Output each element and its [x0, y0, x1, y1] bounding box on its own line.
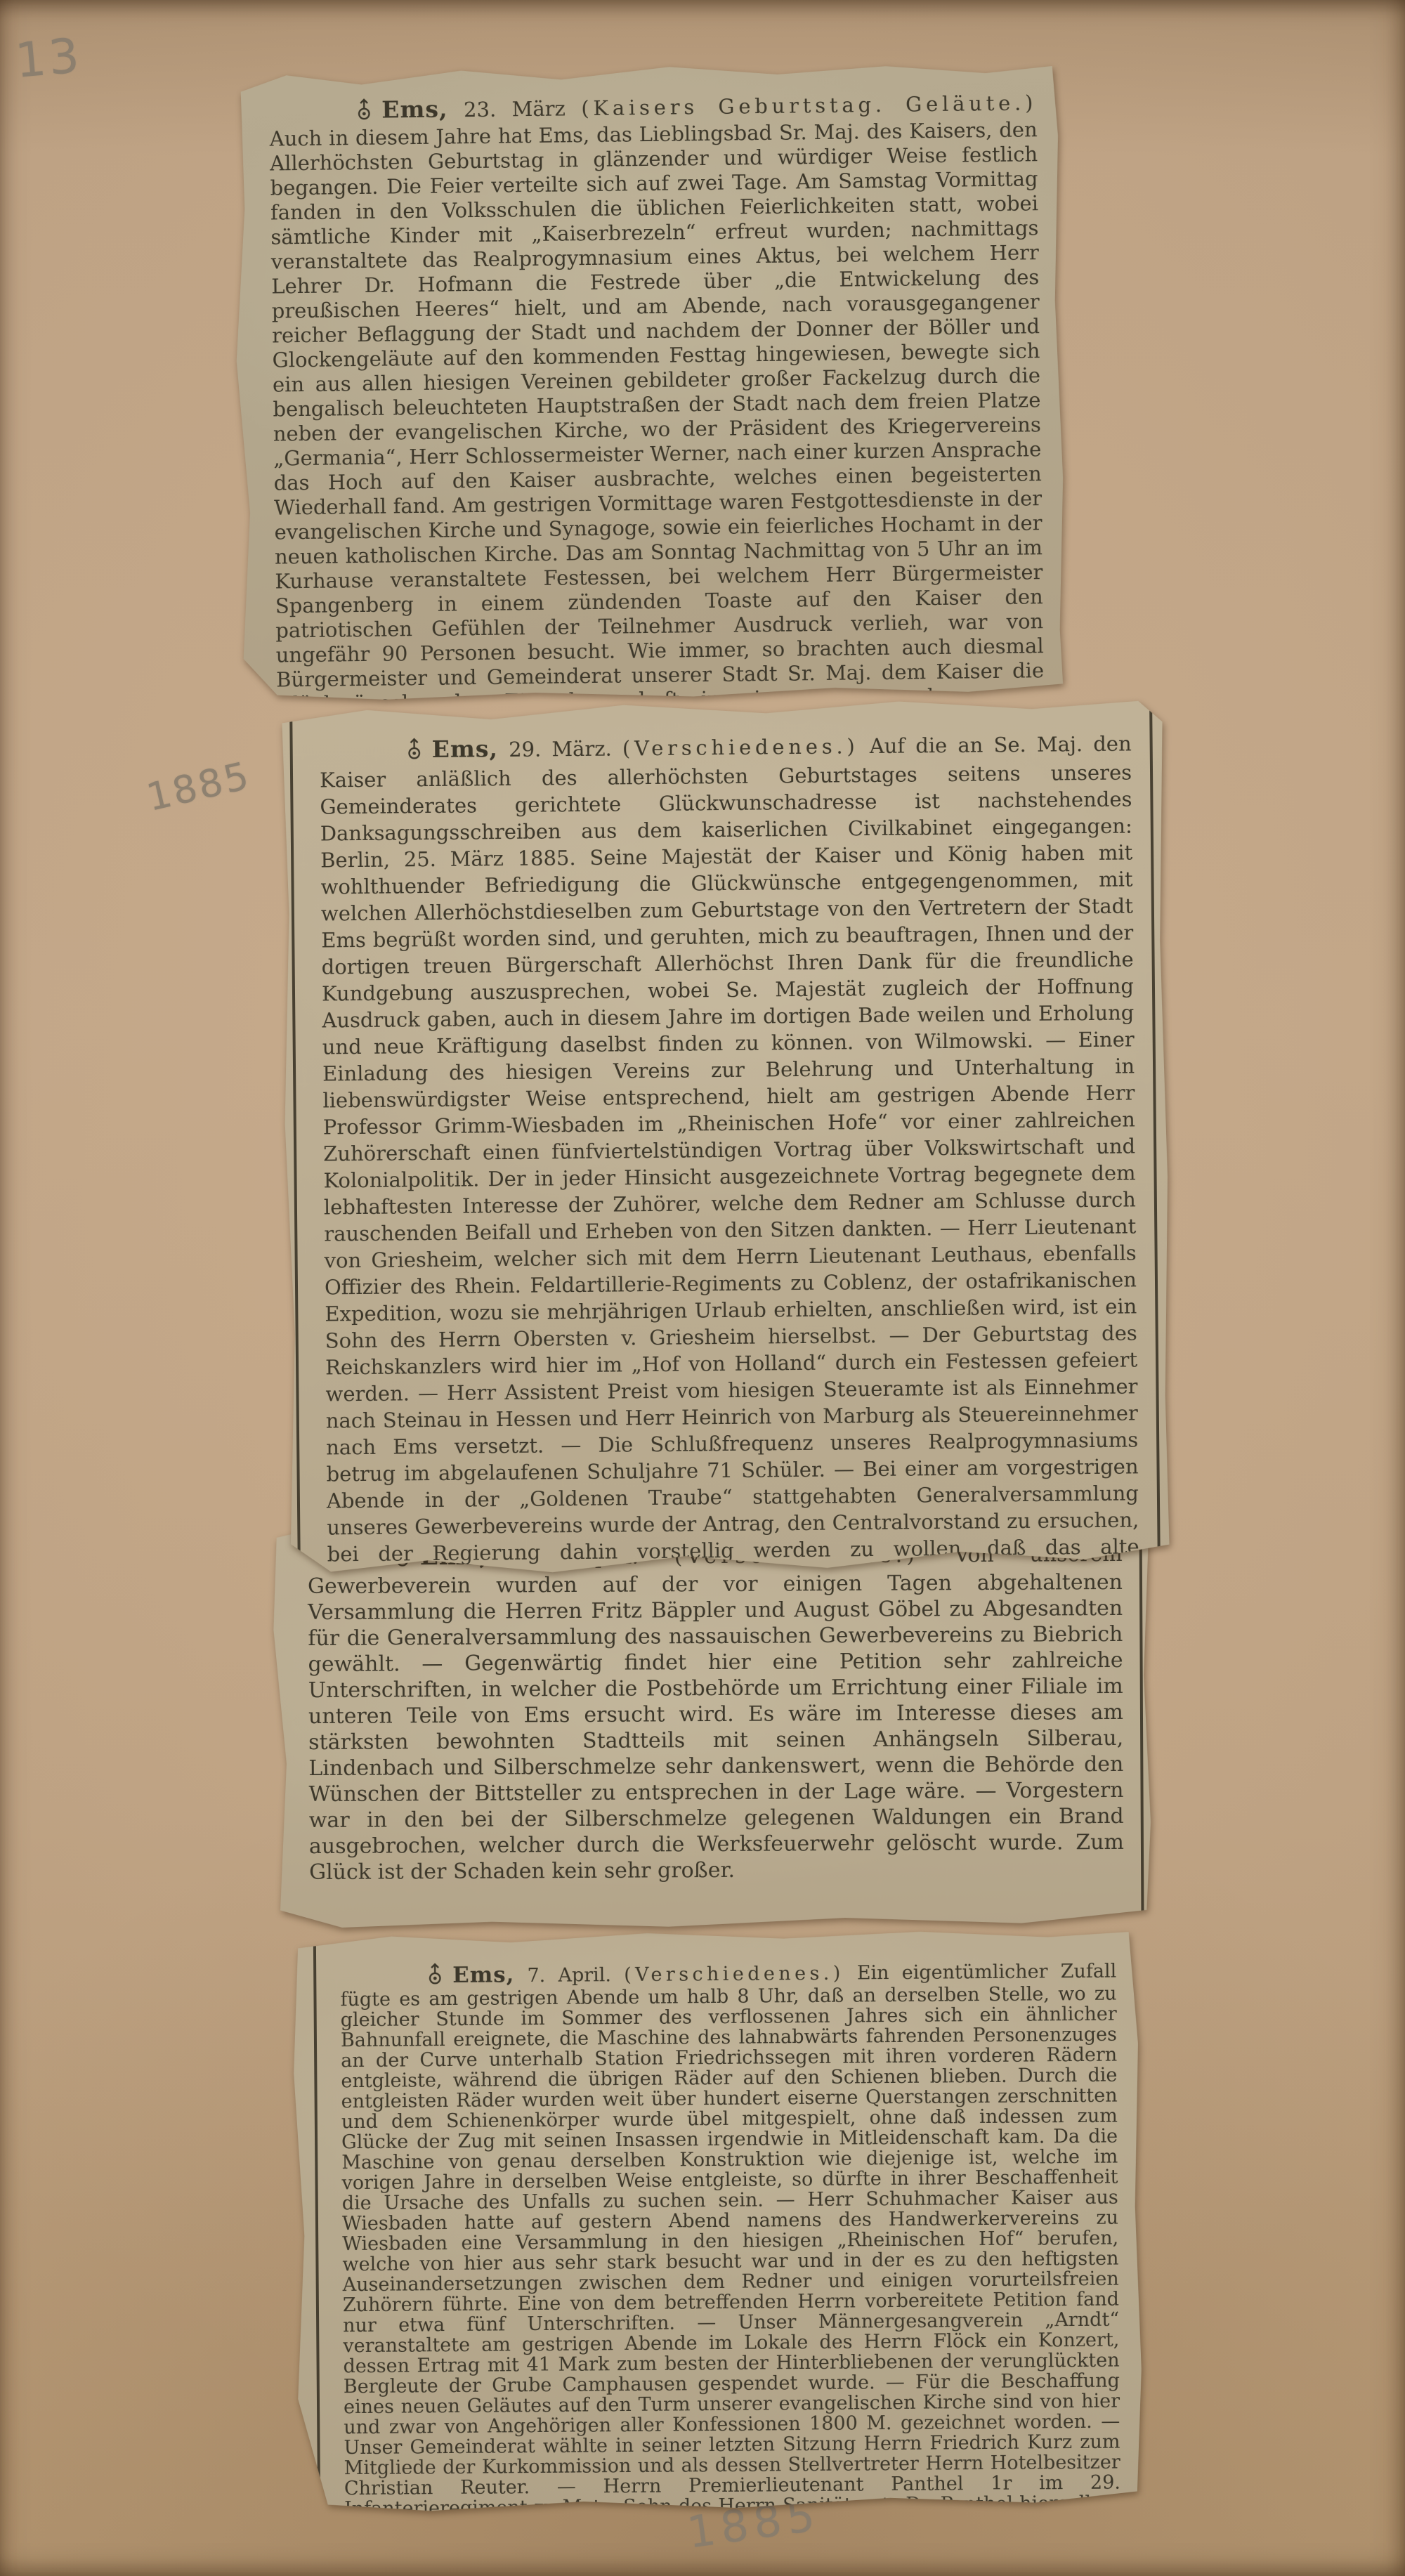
newspaper-clipping-march-23: Ems, 23. März (Kaisers Geburtstag. Geläu… [228, 60, 1069, 703]
article-body-text: Auch in diesem Jahre hat Ems, das Liebli… [270, 117, 1045, 703]
article-date: 29. März. [509, 737, 612, 761]
article-paragraph: Ems, 7. April. (Verschiedenes.) Ein eige… [340, 1957, 1121, 2516]
newspaper-clipping-march-29: Ems, 29. März. (Verschiedenes.) Auf die … [278, 695, 1173, 1579]
article-paragraph: Ems, 1. April. (Verschiedenes.) Von unse… [308, 1541, 1125, 1885]
article-date: 23. März [464, 96, 566, 122]
column-rule-right [1149, 695, 1161, 1571]
article-paragraph: Ems, 29. März. (Verschiedenes.) Auf die … [320, 729, 1141, 1579]
clipping-wrapper-march-29: Ems, 29. März. (Verschiedenes.) Auf die … [278, 695, 1173, 1579]
article-section-title: (Kaisers Geburtstag. Geläute.) [581, 91, 1037, 120]
column-rule-right [1139, 1514, 1144, 1927]
handwritten-year-left: 1885 [143, 753, 255, 820]
article-paragraph: Ems, 23. März (Kaisers Geburtstag. Geläu… [269, 89, 1045, 703]
correspondent-mark-icon [313, 98, 372, 126]
article-section-title: (Verschiedenes.) [622, 734, 859, 760]
correspondent-mark-icon [363, 737, 422, 766]
clipping-wrapper-march-23: Ems, 23. März (Kaisers Geburtstag. Geläu… [228, 60, 1069, 703]
correspondent-mark-icon [384, 1962, 443, 1989]
scrapbook-page: 13 1885 1885 Ems, 23. März (Kaisers Gebu… [0, 0, 1405, 2576]
article-place: Ems, [431, 735, 498, 763]
article-body-text: Von unserem Gewerbeverein wurden auf der… [308, 1542, 1124, 1885]
clipping-wrapper-april-7: Ems, 7. April. (Verschiedenes.) Ein eige… [289, 1927, 1146, 2516]
article-place: Ems, [381, 95, 448, 123]
article-date: 7. April. [527, 1964, 611, 1987]
article-body-text: Auf die an Se. Maj. den Kaiser anläßlich… [320, 731, 1140, 1579]
article-section-title: (Verschiedenes.) [624, 1963, 844, 1986]
article-place: Ems, [452, 1962, 514, 1988]
newspaper-clipping-april-7: Ems, 7. April. (Verschiedenes.) Ein eige… [289, 1927, 1146, 2516]
article-body-text: Ein eigentümlicher Zufall fügte es am ge… [340, 1961, 1120, 2516]
column-rule-left [289, 704, 301, 1579]
column-rule-left [313, 1933, 321, 2515]
handwritten-page-number: 13 [13, 28, 84, 89]
